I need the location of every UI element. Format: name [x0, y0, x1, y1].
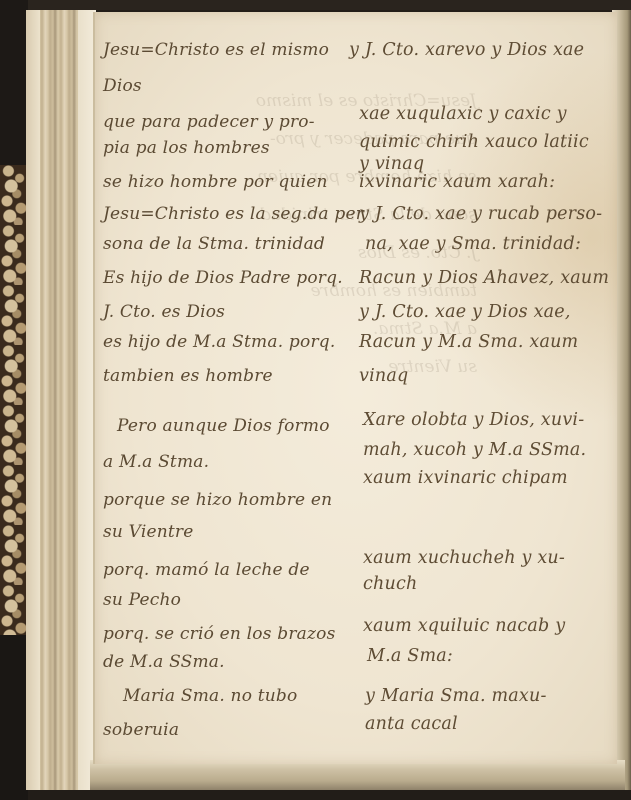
mayan-line: M.a Sma:: [367, 646, 453, 666]
page-stack-outer: [26, 10, 40, 790]
cover-spine-top: [0, 0, 28, 165]
mayan-line: y J. Cto. xae y rucab perso-: [359, 204, 602, 224]
marbled-cover: [0, 165, 28, 635]
spanish-line: Pero aunque Dios formo: [117, 416, 330, 436]
manuscript-photo: Jesu=Christo es el mismo que para padece…: [0, 0, 631, 800]
mayan-line: Racun y M.a Sma. xaum: [359, 332, 578, 352]
spanish-line: pia pa los hombres: [103, 138, 270, 158]
mayan-line: Racun y Dios Ahavez, xaum: [359, 268, 609, 288]
spanish-line: que para padecer y pro-: [103, 112, 315, 132]
spanish-line: su Pecho: [103, 590, 181, 610]
spanish-line: Jesu=Christo es la seg.da per: [103, 204, 364, 224]
mayan-line: na, xae y Sma. trinidad:: [365, 234, 581, 254]
mayan-line: vinaq: [359, 366, 408, 386]
mayan-line: y J. Cto. xae y Dios xae,: [359, 302, 571, 322]
page-stack-edge: [26, 10, 96, 790]
spanish-line: es hijo de M.a Stma. porq.: [103, 332, 335, 352]
cover-spine-bottom: [0, 635, 28, 800]
spanish-line: tambien es hombre: [103, 366, 273, 386]
mayan-line: xae xuqulaxic y caxic y: [359, 104, 567, 124]
mayan-line: ixvinaric xaum xarah:: [359, 172, 555, 192]
spanish-line: su Vientre: [103, 522, 194, 542]
top-shadow: [28, 0, 631, 10]
spanish-line: porq. se crió en los brazos: [103, 624, 336, 644]
mayan-line: y Maria Sma. maxu-: [365, 686, 547, 706]
mayan-line: chuch: [363, 574, 417, 594]
bottom-page-edge: [90, 760, 625, 790]
mayan-line: xaum xuchucheh y xu-: [363, 548, 565, 568]
spanish-line: se hizo hombre por quien: [103, 172, 328, 192]
spanish-line: Es hijo de Dios Padre porq.: [103, 268, 343, 288]
spanish-line: soberuia: [103, 720, 179, 740]
mayan-line: quimic chirih xauco latiic: [359, 132, 589, 152]
mayan-line: xaum xquiluic nacab y: [363, 616, 565, 636]
spanish-line: sona de la Stma. trinidad: [103, 234, 325, 254]
mayan-line: y vinaq: [359, 154, 424, 174]
mayan-line: mah, xucoh y M.a SSma.: [363, 440, 586, 460]
mayan-line: Xare olobta y Dios, xuvi-: [363, 410, 584, 430]
spanish-line: porq. mamó la leche de: [103, 560, 310, 580]
spanish-line: J. Cto. es Dios: [103, 302, 225, 322]
mayan-line: xaum ixvinaric chipam: [363, 468, 568, 488]
mayan-line: y J. Cto. xarevo y Dios xae: [349, 40, 584, 60]
spanish-line: de M.a SSma.: [103, 652, 225, 672]
spanish-line: a M.a Stma.: [103, 452, 209, 472]
mayan-line: anta cacal: [365, 714, 458, 734]
spanish-line: Jesu=Christo es el mismo: [103, 40, 329, 60]
manuscript-page: Jesu=Christo es el mismo que para padece…: [93, 12, 617, 764]
spanish-line: Dios: [103, 76, 142, 96]
spanish-line: porque se hizo hombre en: [103, 490, 332, 510]
spanish-line: Maria Sma. no tubo: [123, 686, 297, 706]
